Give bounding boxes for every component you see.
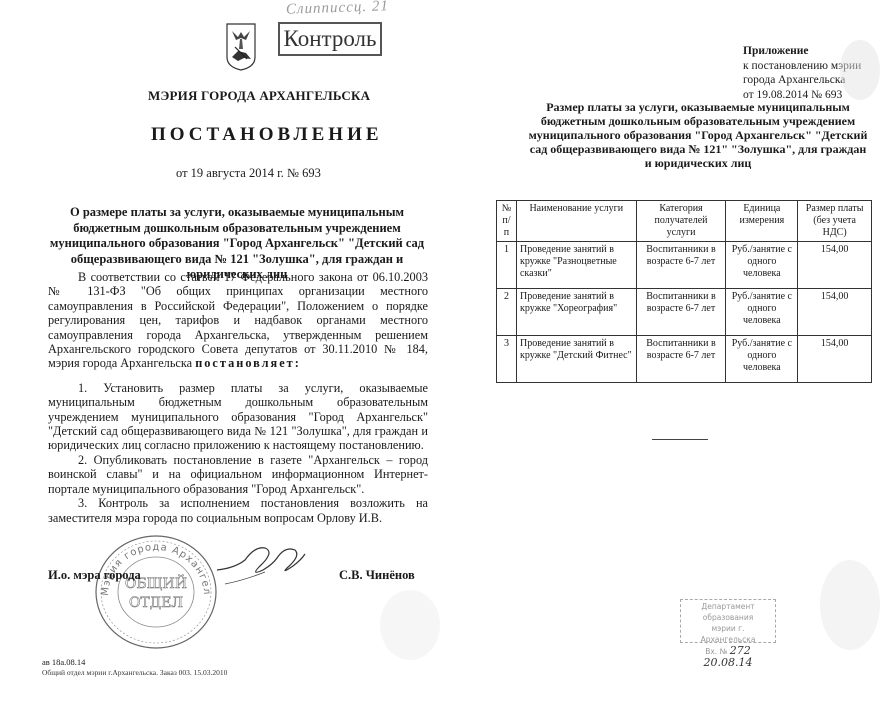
cell-category: Воспитанники в возрасте 6-7 лет bbox=[636, 336, 726, 383]
preamble-text: В соответствии со статьей 17 Федеральног… bbox=[48, 270, 428, 370]
signature-icon bbox=[215, 540, 310, 590]
cell-service: Проведение занятий в кружке "Разноцветны… bbox=[516, 242, 636, 289]
decree-item-2: 2. Опубликовать постановление в газете "… bbox=[48, 453, 428, 496]
svg-text:ОТДЕЛ: ОТДЕЛ bbox=[129, 595, 183, 611]
table-row: 2 Проведение занятий в кружке "Хореограф… bbox=[497, 289, 872, 336]
cell-fee: 154,00 bbox=[798, 336, 872, 383]
decree-body: В соответствии со статьей 17 Федеральног… bbox=[48, 270, 428, 525]
footer-code: ав 18а.08.14 bbox=[42, 657, 85, 667]
table-row: 1 Проведение занятий в кружке "Разноцвет… bbox=[497, 242, 872, 289]
cell-number: 3 bbox=[497, 336, 517, 383]
registration-stamp: Департамент образования мэрии г. Арханге… bbox=[680, 599, 776, 643]
cell-number: 2 bbox=[497, 289, 517, 336]
document-date: от 19 августа 2014 г. № 693 bbox=[176, 166, 321, 181]
col-header-category: Категория получателей услуги bbox=[636, 201, 726, 242]
issuer-name: МЭРИЯ ГОРОДА АРХАНГЕЛЬСКА bbox=[148, 88, 370, 104]
footer-note: Общий отдел мэрии г.Архангельска. Заказ … bbox=[42, 668, 227, 677]
annex-title: Размер платы за услуги, оказываемые муни… bbox=[528, 100, 868, 170]
cell-category: Воспитанники в возрасте 6-7 лет bbox=[636, 289, 726, 336]
preamble: В соответствии со статьей 17 Федеральног… bbox=[48, 270, 428, 371]
control-stamp: Контроль bbox=[278, 22, 382, 56]
col-header-service: Наименование услуги bbox=[516, 201, 636, 242]
stamp-registration: Вх. № 272 20.08.14 bbox=[683, 645, 773, 669]
cell-fee: 154,00 bbox=[798, 242, 872, 289]
scan-noise bbox=[820, 560, 880, 650]
stamp-line: мэрии г. Архангельска bbox=[683, 623, 773, 645]
scan-noise bbox=[840, 40, 880, 100]
table-row: 3 Проведение занятий в кружке "Детский Ф… bbox=[497, 336, 872, 383]
signatory-name: С.В. Чинёнов bbox=[339, 568, 415, 583]
cell-unit: Руб./занятие с одного человека bbox=[726, 289, 798, 336]
cell-number: 1 bbox=[497, 242, 517, 289]
cell-service: Проведение занятий в кружке "Детский Фит… bbox=[516, 336, 636, 383]
col-header-number: № п/п bbox=[497, 201, 517, 242]
cell-unit: Руб./занятие с одного человека bbox=[726, 336, 798, 383]
cell-fee: 154,00 bbox=[798, 289, 872, 336]
stamp-reg-prefix: Вх. № bbox=[705, 647, 727, 656]
handwritten-note: Слипписсц. 21 bbox=[286, 0, 389, 19]
decree-item-3: 3. Контроль за исполнением постановления… bbox=[48, 496, 428, 525]
cell-category: Воспитанники в возрасте 6-7 лет bbox=[636, 242, 726, 289]
col-header-fee: Размер платы (без учета НДС) bbox=[798, 201, 872, 242]
official-seal-icon: Мэрия города Архангельска ОБЩИЙ ОТДЕЛ bbox=[92, 532, 220, 650]
cell-unit: Руб./занятие с одного человека bbox=[726, 242, 798, 289]
document-type: ПОСТАНОВЛЕНИЕ bbox=[151, 124, 383, 146]
stamp-line: Департамент образования bbox=[683, 601, 773, 623]
decree-item-1: 1. Установить размер платы за услуги, ок… bbox=[48, 381, 428, 453]
signatory-title: И.о. мэра города bbox=[48, 568, 141, 583]
col-header-unit: Единица измерения bbox=[726, 201, 798, 242]
decrees-word: постановляет: bbox=[195, 356, 301, 370]
stamp-reg-date: 20.08.14 bbox=[704, 656, 753, 669]
table-header-row: № п/п Наименование услуги Категория полу… bbox=[497, 201, 872, 242]
end-rule bbox=[652, 439, 708, 440]
scan-noise bbox=[380, 590, 440, 660]
fee-table: № п/п Наименование услуги Категория полу… bbox=[496, 200, 872, 383]
coat-of-arms-icon bbox=[226, 23, 256, 71]
cell-service: Проведение занятий в кружке "Хореография… bbox=[516, 289, 636, 336]
